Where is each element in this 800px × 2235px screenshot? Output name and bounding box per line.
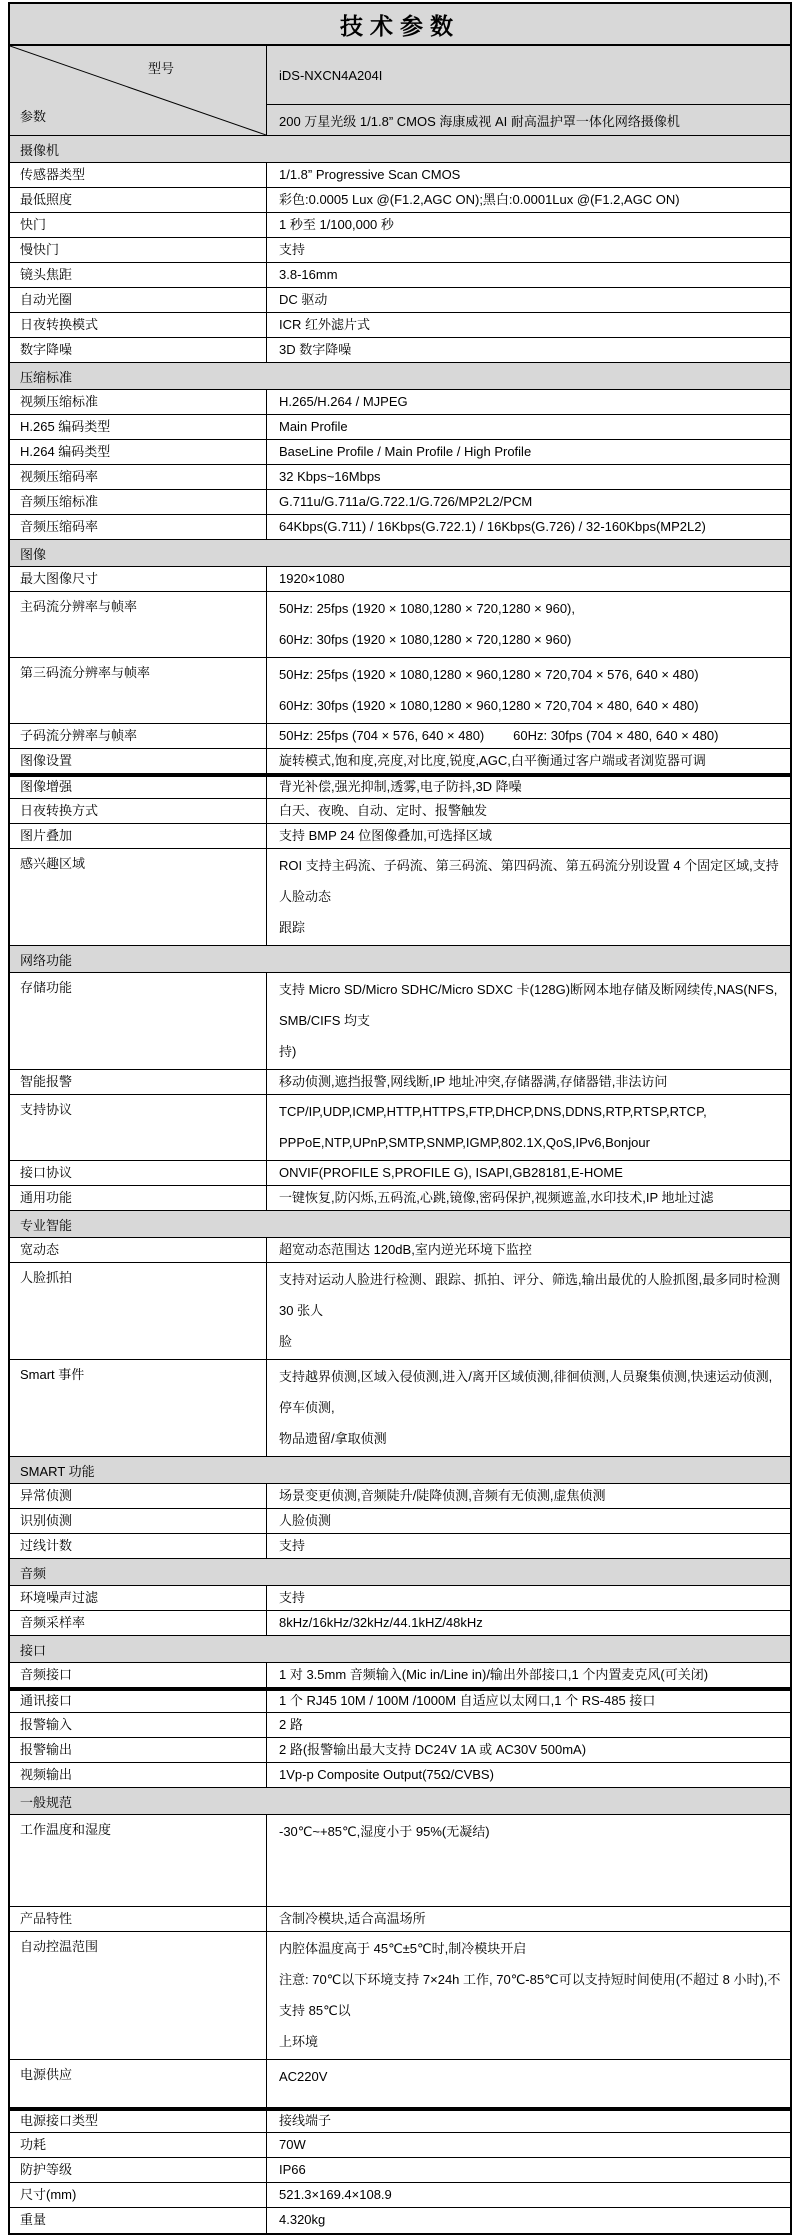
spec-row: 报警输入2 路	[10, 1713, 790, 1738]
spec-value-cell: 支持 Micro SD/Micro SDHC/Micro SDXC 卡(128G…	[267, 973, 790, 1069]
spec-row: 通用功能一键恢复,防闪烁,五码流,心跳,镜像,密码保护,视频遮盖,水印技术,IP…	[10, 1186, 790, 1211]
section-header: 专业智能	[10, 1211, 790, 1238]
spec-label-cell: 数字降噪	[10, 338, 267, 362]
spec-value-cell: 支持 BMP 24 位图像叠加,可选择区域	[267, 824, 790, 848]
spec-value-cell: DC 驱动	[267, 288, 790, 312]
spec-row: 人脸抓拍支持对运动人脸进行检测、跟踪、抓拍、评分、筛选,输出最优的人脸抓图,最多…	[10, 1263, 790, 1360]
spec-row: 最大图像尺寸1920×1080	[10, 567, 790, 592]
spec-label-cell: 图像设置	[10, 749, 267, 773]
spec-value-cell: 支持	[267, 238, 790, 262]
spec-value-cell: BaseLine Profile / Main Profile / High P…	[267, 440, 790, 464]
spec-label-cell: 音频压缩码率	[10, 515, 267, 539]
spec-value-cell: AC220V	[267, 2060, 790, 2107]
spec-row: 存储功能支持 Micro SD/Micro SDHC/Micro SDXC 卡(…	[10, 973, 790, 1070]
spec-value-cell: 人脸侦测	[267, 1509, 790, 1533]
spec-value-cell: 1920×1080	[267, 567, 790, 591]
spec-label-cell: 防护等级	[10, 2158, 267, 2182]
spec-label-cell: 环境噪声过滤	[10, 1586, 267, 1610]
spec-row: 图片叠加支持 BMP 24 位图像叠加,可选择区域	[10, 824, 790, 849]
spec-row: 智能报警移动侦测,遮挡报警,网线断,IP 地址冲突,存储器满,存储器错,非法访问	[10, 1070, 790, 1095]
spec-label-cell: 图像增强	[10, 777, 267, 798]
spec-value-cell: 含制冷模块,适合高温场所	[267, 1907, 790, 1931]
spec-label-cell: 识别侦测	[10, 1509, 267, 1533]
spec-row: 通讯接口1 个 RJ45 10M / 100M /1000M 自适应以太网口,1…	[10, 1688, 790, 1713]
spec-row: 防护等级IP66	[10, 2158, 790, 2183]
spec-label-cell: H.264 编码类型	[10, 440, 267, 464]
spec-row: 支持协议TCP/IP,UDP,ICMP,HTTP,HTTPS,FTP,DHCP,…	[10, 1095, 790, 1161]
spec-label-cell: H.265 编码类型	[10, 415, 267, 439]
spec-value-cell: 521.3×169.4×108.9	[267, 2183, 790, 2207]
spec-row: 尺寸(mm)521.3×169.4×108.9	[10, 2183, 790, 2208]
spec-label-cell: 视频压缩码率	[10, 465, 267, 489]
spec-value-cell: 1 对 3.5mm 音频输入(Mic in/Line in)/输出外部接口,1 …	[267, 1663, 790, 1687]
spec-label-cell: 主码流分辨率与帧率	[10, 592, 267, 657]
spec-row: 视频输出1Vp-p Composite Output(75Ω/CVBS)	[10, 1763, 790, 1788]
spec-row: 宽动态超宽动态范围达 120dB,室内逆光环境下监控	[10, 1238, 790, 1263]
spec-value-cell: 超宽动态范围达 120dB,室内逆光环境下监控	[267, 1238, 790, 1262]
section-header: 接口	[10, 1636, 790, 1663]
spec-row: H.264 编码类型BaseLine Profile / Main Profil…	[10, 440, 790, 465]
spec-row: 子码流分辨率与帧率50Hz: 25fps (704 × 576, 640 × 4…	[10, 724, 790, 749]
spec-row: 主码流分辨率与帧率50Hz: 25fps (1920 × 1080,1280 ×…	[10, 592, 790, 658]
spec-value-cell: 2 路(报警输出最大支持 DC24V 1A 或 AC30V 500mA)	[267, 1738, 790, 1762]
spec-row: 日夜转换方式白天、夜晚、自动、定时、报警触发	[10, 799, 790, 824]
spec-value-cell: 场景变更侦测,音频陡升/陡降侦测,音频有无侦测,虚焦侦测	[267, 1484, 790, 1508]
spec-label-cell: 报警输出	[10, 1738, 267, 1762]
spec-value-cell: 70W	[267, 2133, 790, 2157]
spec-label-cell: 自动光圈	[10, 288, 267, 312]
spec-row: 异常侦测场景变更侦测,音频陡升/陡降侦测,音频有无侦测,虚焦侦测	[10, 1484, 790, 1509]
spec-label-cell: 功耗	[10, 2133, 267, 2157]
spec-row: H.265 编码类型Main Profile	[10, 415, 790, 440]
spec-row: 传感器类型1/1.8” Progressive Scan CMOS	[10, 163, 790, 188]
spec-value-cell: 支持对运动人脸进行检测、跟踪、抓拍、评分、筛选,输出最优的人脸抓图,最多同时检测…	[267, 1263, 790, 1359]
spec-value-cell: 白天、夜晚、自动、定时、报警触发	[267, 799, 790, 823]
spec-row: 环境噪声过滤支持	[10, 1586, 790, 1611]
spec-label-cell: 日夜转换方式	[10, 799, 267, 823]
spec-value-cell: 4.320kg	[267, 2208, 790, 2233]
spec-label-cell: 视频压缩标准	[10, 390, 267, 414]
spec-row: 电源供应AC220V	[10, 2060, 790, 2108]
spec-label-cell: 尺寸(mm)	[10, 2183, 267, 2207]
spec-row: 视频压缩码率32 Kbps~16Mbps	[10, 465, 790, 490]
section-header: 网络功能	[10, 946, 790, 973]
spec-value-cell: 移动侦测,遮挡报警,网线断,IP 地址冲突,存储器满,存储器错,非法访问	[267, 1070, 790, 1094]
spec-value-cell: 2 路	[267, 1713, 790, 1737]
spec-label-cell: 最低照度	[10, 188, 267, 212]
spec-row: 报警输出2 路(报警输出最大支持 DC24V 1A 或 AC30V 500mA)	[10, 1738, 790, 1763]
spec-row: 接口协议ONVIF(PROFILE S,PROFILE G), ISAPI,GB…	[10, 1161, 790, 1186]
spec-label-cell: 产品特性	[10, 1907, 267, 1931]
spec-value-cell: ONVIF(PROFILE S,PROFILE G), ISAPI,GB2818…	[267, 1161, 790, 1185]
spec-row: 图像增强背光补偿,强光抑制,透雾,电子防抖,3D 降噪	[10, 774, 790, 799]
spec-label-cell: 快门	[10, 213, 267, 237]
spec-value-cell: 50Hz: 25fps (1920 × 1080,1280 × 720,1280…	[267, 592, 790, 657]
spec-row: 过线计数支持	[10, 1534, 790, 1559]
param-label: 参数	[20, 106, 46, 125]
spec-label-cell: 存储功能	[10, 973, 267, 1069]
section-header: 压缩标准	[10, 363, 790, 390]
spec-row: 最低照度彩色:0.0005 Lux @(F1.2,AGC ON);黑白:0.00…	[10, 188, 790, 213]
spec-value-cell: 1Vp-p Composite Output(75Ω/CVBS)	[267, 1763, 790, 1787]
spec-row: 音频接口1 对 3.5mm 音频输入(Mic in/Line in)/输出外部接…	[10, 1663, 790, 1688]
spec-row: 功耗70W	[10, 2133, 790, 2158]
spec-row: 工作温度和湿度-30℃~+85℃,湿度小于 95%(无凝结)	[10, 1815, 790, 1907]
section-header: 图像	[10, 540, 790, 567]
spec-value-cell: 8kHz/16kHz/32kHz/44.1kHZ/48kHz	[267, 1611, 790, 1635]
spec-row: 快门1 秒至 1/100,000 秒	[10, 213, 790, 238]
spec-value-cell: G.711u/G.711a/G.722.1/G.726/MP2L2/PCM	[267, 490, 790, 514]
spec-row: 视频压缩标准H.265/H.264 / MJPEG	[10, 390, 790, 415]
spec-row: 音频采样率8kHz/16kHz/32kHz/44.1kHZ/48kHz	[10, 1611, 790, 1636]
spec-label-cell: 感兴趣区域	[10, 849, 267, 945]
section-header: SMART 功能	[10, 1457, 790, 1484]
spec-row: 产品特性含制冷模块,适合高温场所	[10, 1907, 790, 1932]
spec-rows-container: 摄像机传感器类型1/1.8” Progressive Scan CMOS最低照度…	[10, 136, 790, 2233]
spec-value-cell: 50Hz: 25fps (1920 × 1080,1280 × 960,1280…	[267, 658, 790, 723]
spec-label-cell: 异常侦测	[10, 1484, 267, 1508]
spec-value-cell: ROI 支持主码流、子码流、第三码流、第四码流、第五码流分别设置 4 个固定区域…	[267, 849, 790, 945]
spec-table: 技术参数 型号 参数 iDS-NXCN4A204I 200 万星光级 1/1.8…	[8, 2, 792, 2235]
spec-row: 音频压缩标准G.711u/G.711a/G.722.1/G.726/MP2L2/…	[10, 490, 790, 515]
spec-label-cell: 报警输入	[10, 1713, 267, 1737]
spec-label-cell: 慢快门	[10, 238, 267, 262]
spec-value-cell: 旋转模式,饱和度,亮度,对比度,锐度,AGC,白平衡通过客户端或者浏览器可调	[267, 749, 790, 773]
spec-value-cell: 支持	[267, 1586, 790, 1610]
spec-row: 慢快门支持	[10, 238, 790, 263]
spec-value-cell: ICR 红外滤片式	[267, 313, 790, 337]
spec-label-cell: 音频压缩标准	[10, 490, 267, 514]
spec-label-cell: 重量	[10, 2208, 267, 2233]
spec-row: 自动光圈DC 驱动	[10, 288, 790, 313]
section-header: 一般规范	[10, 1788, 790, 1815]
spec-label-cell: 音频接口	[10, 1663, 267, 1687]
spec-label-cell: 传感器类型	[10, 163, 267, 187]
spec-value-cell: IP66	[267, 2158, 790, 2182]
spec-value-cell: H.265/H.264 / MJPEG	[267, 390, 790, 414]
spec-row: 日夜转换模式ICR 红外滤片式	[10, 313, 790, 338]
spec-value-cell: 32 Kbps~16Mbps	[267, 465, 790, 489]
spec-label-cell: 自动控温范围	[10, 1932, 267, 2059]
spec-label-cell: 电源接口类型	[10, 2111, 267, 2132]
spec-row: 感兴趣区域ROI 支持主码流、子码流、第三码流、第四码流、第五码流分别设置 4 …	[10, 849, 790, 946]
spec-label-cell: 电源供应	[10, 2060, 267, 2107]
spec-label-cell: 工作温度和湿度	[10, 1815, 267, 1906]
spec-row: 识别侦测人脸侦测	[10, 1509, 790, 1534]
header-diagonal-cell: 型号 参数	[10, 46, 267, 135]
model-value: iDS-NXCN4A204I	[267, 46, 790, 105]
spec-label-cell: 过线计数	[10, 1534, 267, 1558]
spec-label-cell: 图片叠加	[10, 824, 267, 848]
spec-label-cell: 支持协议	[10, 1095, 267, 1160]
spec-value-cell: 背光补偿,强光抑制,透雾,电子防抖,3D 降噪	[267, 777, 790, 798]
spec-label-cell: 人脸抓拍	[10, 1263, 267, 1359]
spec-row: 镜头焦距3.8-16mm	[10, 263, 790, 288]
spec-value-cell: TCP/IP,UDP,ICMP,HTTP,HTTPS,FTP,DHCP,DNS,…	[267, 1095, 790, 1160]
spec-label-cell: 音频采样率	[10, 1611, 267, 1635]
spec-row: Smart 事件支持越界侦测,区域入侵侦测,进入/离开区域侦测,徘徊侦测,人员聚…	[10, 1360, 790, 1457]
spec-label-cell: 镜头焦距	[10, 263, 267, 287]
section-header: 摄像机	[10, 136, 790, 163]
spec-label-cell: 通用功能	[10, 1186, 267, 1210]
spec-label-cell: 第三码流分辨率与帧率	[10, 658, 267, 723]
spec-value-cell: 接线端子	[267, 2111, 790, 2132]
product-description: 200 万星光级 1/1.8” CMOS 海康威视 AI 耐高温护罩一体化网络摄…	[267, 105, 790, 135]
spec-value-cell: 支持	[267, 1534, 790, 1558]
spec-row: 第三码流分辨率与帧率50Hz: 25fps (1920 × 1080,1280 …	[10, 658, 790, 724]
spec-value-cell: 1 秒至 1/100,000 秒	[267, 213, 790, 237]
spec-value-cell: 3.8-16mm	[267, 263, 790, 287]
spec-row: 重量4.320kg	[10, 2208, 790, 2233]
spec-row: 电源接口类型接线端子	[10, 2108, 790, 2133]
spec-value-cell: 3D 数字降噪	[267, 338, 790, 362]
spec-label-cell: 接口协议	[10, 1161, 267, 1185]
spec-value-cell: 彩色:0.0005 Lux @(F1.2,AGC ON);黑白:0.0001Lu…	[267, 188, 790, 212]
section-header: 音频	[10, 1559, 790, 1586]
spec-row: 自动控温范围内腔体温度高于 45℃±5℃时,制冷模块开启 注意: 70℃以下环境…	[10, 1932, 790, 2060]
spec-label-cell: 子码流分辨率与帧率	[10, 724, 267, 748]
spec-label-cell: 通讯接口	[10, 1691, 267, 1712]
spec-label-cell: 智能报警	[10, 1070, 267, 1094]
spec-value-cell: 64Kbps(G.711) / 16Kbps(G.722.1) / 16Kbps…	[267, 515, 790, 539]
spec-value-cell: 内腔体温度高于 45℃±5℃时,制冷模块开启 注意: 70℃以下环境支持 7×2…	[267, 1932, 790, 2059]
spec-value-cell: Main Profile	[267, 415, 790, 439]
diagonal-line-icon	[10, 46, 266, 135]
spec-value-cell: 1/1.8” Progressive Scan CMOS	[267, 163, 790, 187]
table-header: 型号 参数 iDS-NXCN4A204I 200 万星光级 1/1.8” CMO…	[10, 46, 790, 136]
spec-label-cell: 宽动态	[10, 1238, 267, 1262]
spec-value-cell: 1 个 RJ45 10M / 100M /1000M 自适应以太网口,1 个 R…	[267, 1691, 790, 1712]
spec-value-cell: -30℃~+85℃,湿度小于 95%(无凝结)	[267, 1815, 790, 1906]
spec-row: 音频压缩码率64Kbps(G.711) / 16Kbps(G.722.1) / …	[10, 515, 790, 540]
spec-value-cell: 50Hz: 25fps (704 × 576, 640 × 480) 60Hz:…	[267, 724, 790, 748]
spec-value-cell: 一键恢复,防闪烁,五码流,心跳,镜像,密码保护,视频遮盖,水印技术,IP 地址过…	[267, 1186, 790, 1210]
spec-value-cell: 支持越界侦测,区域入侵侦测,进入/离开区域侦测,徘徊侦测,人员聚集侦测,快速运动…	[267, 1360, 790, 1456]
spec-row: 数字降噪3D 数字降噪	[10, 338, 790, 363]
model-label: 型号	[148, 58, 174, 77]
spec-label-cell: Smart 事件	[10, 1360, 267, 1456]
spec-label-cell: 视频输出	[10, 1763, 267, 1787]
spec-label-cell: 日夜转换模式	[10, 313, 267, 337]
spec-label-cell: 最大图像尺寸	[10, 567, 267, 591]
spec-row: 图像设置旋转模式,饱和度,亮度,对比度,锐度,AGC,白平衡通过客户端或者浏览器…	[10, 749, 790, 774]
header-right-column: iDS-NXCN4A204I 200 万星光级 1/1.8” CMOS 海康威视…	[267, 46, 790, 135]
page-title: 技术参数	[10, 4, 790, 46]
